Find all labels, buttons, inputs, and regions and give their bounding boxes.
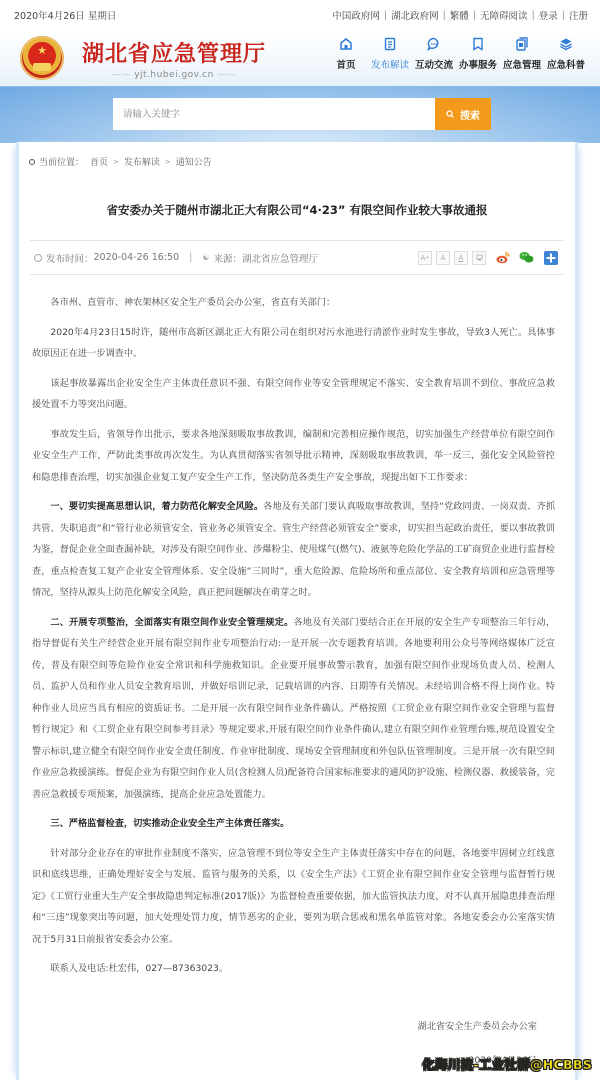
- search-input[interactable]: [113, 98, 435, 130]
- font-smaller-button[interactable]: A: [454, 251, 468, 265]
- nav-publish[interactable]: 发布解读: [368, 36, 412, 71]
- link-register[interactable]: 注册: [569, 8, 588, 22]
- site-brand[interactable]: 湖北省应急管理厅 yjt.hubei.gov.cn: [82, 37, 266, 80]
- user-icon: ☯: [202, 253, 209, 262]
- site-header: 湖北省应急管理厅 yjt.hubei.gov.cn 首页 发布解读 互动交流: [0, 30, 600, 86]
- nav-emergency-science[interactable]: 应急科普: [544, 36, 588, 71]
- article-tools: A+ A A: [418, 250, 558, 265]
- wechat-share-button[interactable]: [519, 250, 534, 265]
- chevron-right-icon: >: [165, 158, 171, 166]
- divider: |: [562, 10, 565, 21]
- paragraph: 该起事故暴露出企业安全生产主体责任意识不强、有限空间作业等安全管理规定不落实、安…: [32, 373, 555, 416]
- current-date: 2020年4月26日 星期日: [14, 8, 116, 22]
- more-share-button[interactable]: [543, 250, 558, 265]
- paragraph-section-1: 一、要切实提高思想认识，着力防范化解安全风险。各地及有关部门要认真吸取事故教训，…: [32, 496, 555, 604]
- chevron-right-icon: >: [113, 158, 119, 166]
- section-heading: 一、要切实提高思想认识，着力防范化解安全风险。: [50, 501, 263, 512]
- publish-time: 2020-04-26 16:50: [94, 252, 180, 263]
- article-meta: 发布时间： 2020-04-26 16:50 | ☯ 来源： 湖北省应急管理厅 …: [30, 240, 564, 275]
- article-body: 各市州、直管市、神农架林区安全生产委员会办公室，省直有关部门： 2020年4月2…: [32, 292, 555, 988]
- article-title: 省安委办关于随州市湖北正大有限公司“4·23” 有限空间作业较大事故通报: [19, 202, 575, 218]
- main-nav: 首页 发布解读 互动交流 办事服务 应急管理: [324, 36, 588, 71]
- top-links: 中国政府网| 湖北政府网| 繁體| 无障碍阅读| 登录| 注册: [332, 8, 588, 22]
- search-banner: 搜索: [0, 86, 600, 143]
- site-title: 湖北省应急管理厅: [82, 37, 266, 68]
- document-icon: [382, 36, 398, 52]
- wechat-icon: [519, 251, 534, 264]
- source-value: 湖北省应急管理厅: [242, 251, 318, 265]
- link-accessibility[interactable]: 无障碍阅读: [480, 8, 528, 22]
- site-url: yjt.hubei.gov.cn: [82, 70, 266, 80]
- article-panel: 当前位置： 首页 > 发布解读 > 通知公告 省安委办关于随州市湖北正大有限公司…: [16, 142, 578, 1080]
- watermark-text: 化海川流-工业社群@HCBBS: [422, 1055, 592, 1073]
- nav-home[interactable]: 首页: [324, 36, 368, 71]
- top-bar: 2020年4月26日 星期日 中国政府网| 湖北政府网| 繁體| 无障碍阅读| …: [0, 0, 600, 30]
- divider: |: [443, 10, 446, 21]
- link-gov-cn[interactable]: 中国政府网: [332, 8, 380, 22]
- paragraph: 2020年4月23日15时许，随州市高新区湖北正大有限公司在组织对污水池进行清淤…: [32, 322, 555, 365]
- print-icon: [476, 254, 483, 261]
- paragraph-contact: 联系人及电话:杜宏伟，027—87363023。: [32, 958, 555, 980]
- national-emblem-logo[interactable]: [20, 36, 64, 80]
- print-button[interactable]: [472, 251, 486, 265]
- files-icon: [514, 36, 530, 52]
- nav-label: 办事服务: [459, 57, 497, 71]
- divider: |: [189, 252, 192, 263]
- paragraph-section-2: 二、开展专项整治，全面落实有限空间作业安全管理规定。各地及有关部门要结合正在开展…: [32, 612, 555, 806]
- search-button[interactable]: 搜索: [435, 98, 491, 130]
- breadcrumb-notices[interactable]: 通知公告: [176, 155, 212, 168]
- nav-services[interactable]: 办事服务: [456, 36, 500, 71]
- section-text: 各地及有关部门要认真吸取事故教训，坚持“党政同责、一岗双责、齐抓共管、失职追责”…: [32, 501, 555, 598]
- breadcrumb-home[interactable]: 首页: [90, 155, 108, 168]
- nav-label: 应急科普: [547, 57, 585, 71]
- search-button-label: 搜索: [460, 107, 480, 122]
- section-text: 各地及有关部门要结合正在开展的安全生产专项整治三年行动，指导督促有关生产经营企业…: [32, 617, 555, 800]
- nav-label: 互动交流: [415, 57, 453, 71]
- divider: |: [384, 10, 387, 21]
- paragraph: 事故发生后，省领导作出批示，要求各地深刻吸取事故教训，编制和完善相应操作规范，切…: [32, 424, 555, 489]
- divider: |: [532, 10, 535, 21]
- more-share-icon: [544, 251, 558, 265]
- search-icon: [446, 110, 454, 118]
- breadcrumb-publish[interactable]: 发布解读: [124, 155, 160, 168]
- font-default-button[interactable]: A: [436, 251, 450, 265]
- publish-label: 发布时间：: [46, 251, 94, 265]
- section-heading: 三、严格监督检查，切实推动企业安全生产主体责任落实。: [50, 818, 289, 829]
- breadcrumb-label: 当前位置：: [39, 155, 84, 168]
- link-hubei-gov[interactable]: 湖北政府网: [391, 8, 439, 22]
- signature-org: 湖北省安全生产委员会办公室: [418, 1018, 537, 1032]
- nav-label: 应急管理: [503, 57, 541, 71]
- section-heading: 二、开展专项整治，全面落实有限空间作业安全管理规定。: [50, 617, 293, 628]
- breadcrumb: 当前位置： 首页 > 发布解读 > 通知公告: [29, 155, 212, 168]
- paragraph-salutation: 各市州、直管市、神农架林区安全生产委员会办公室，省直有关部门：: [32, 292, 555, 314]
- search-bar: 搜索: [113, 98, 491, 130]
- nav-emergency-management[interactable]: 应急管理: [500, 36, 544, 71]
- bookmark-icon: [470, 36, 486, 52]
- location-icon: [29, 159, 35, 165]
- clock-icon: [34, 254, 42, 262]
- nav-label: 首页: [336, 57, 355, 71]
- weibo-icon: [496, 251, 510, 264]
- home-icon: [338, 36, 354, 52]
- nav-label: 发布解读: [371, 57, 409, 71]
- weibo-share-button[interactable]: [495, 250, 510, 265]
- link-traditional[interactable]: 繁體: [450, 8, 469, 22]
- font-larger-button[interactable]: A+: [418, 251, 432, 265]
- layers-icon: [558, 36, 574, 52]
- nav-interaction[interactable]: 互动交流: [412, 36, 456, 71]
- link-login[interactable]: 登录: [539, 8, 558, 22]
- source-label: 来源：: [214, 251, 243, 265]
- paragraph-section-3: 三、严格监督检查，切实推动企业安全生产主体责任落实。: [32, 813, 555, 835]
- chat-icon: [426, 36, 442, 52]
- divider: |: [473, 10, 476, 21]
- paragraph: 针对部分企业存在的审批作业制度不落实，应急管理不到位等安全生产主体责任落实中存在…: [32, 843, 555, 951]
